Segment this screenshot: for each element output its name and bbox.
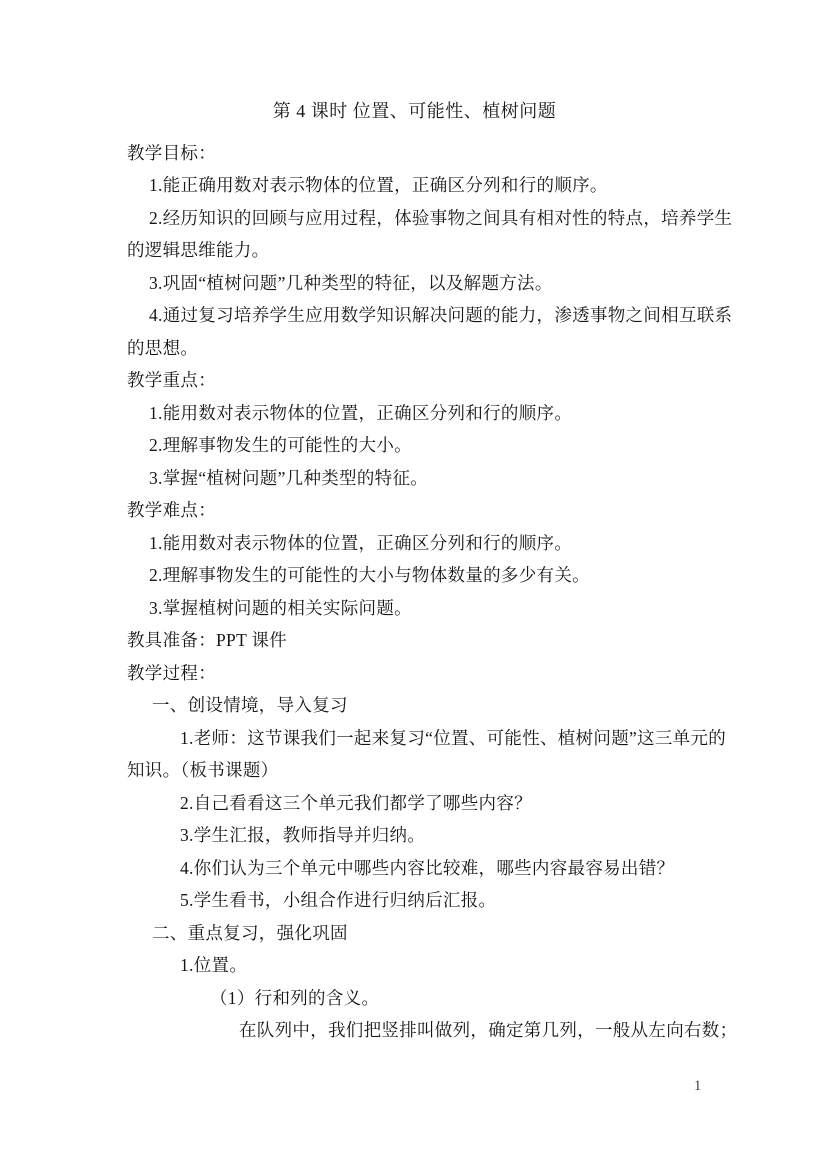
text-line: 的思想。 [127, 332, 704, 365]
text-line: （1）行和列的含义。 [210, 982, 704, 1015]
text-line: 2.自己看看这三个单元我们都学了哪些内容？ [180, 787, 704, 820]
text-line: 教学目标： [127, 137, 704, 170]
document-title: 第 4 课时 位置、可能性、植树问题 [127, 95, 702, 128]
text-line: 5.学生看书，小组合作进行归纳后汇报。 [180, 884, 704, 917]
text-line: 教学难点： [127, 494, 704, 527]
text-line: 教学过程： [127, 657, 704, 690]
text-line: 教具准备：PPT 课件 [127, 624, 704, 657]
text-line: 1.老师：这节课我们一起来复习“位置、可能性、植树问题”这三单元的 [180, 722, 704, 755]
text-line: 2.理解事物发生的可能性的大小与物体数量的多少有关。 [149, 559, 704, 592]
page-number: 1 [694, 1076, 701, 1096]
text-line: 4.你们认为三个单元中哪些内容比较难，哪些内容最容易出错？ [180, 852, 704, 885]
text-line: 3.巩固“植树问题”几种类型的特征，以及解题方法。 [149, 267, 704, 300]
text-line: 知识。（板书课题） [127, 754, 704, 787]
text-line: 1.能正确用数对表示物体的位置，正确区分列和行的顺序。 [149, 169, 704, 202]
text-line: 2.理解事物发生的可能性的大小。 [149, 429, 704, 462]
text-line: 1.能用数对表示物体的位置，正确区分列和行的顺序。 [149, 397, 704, 430]
text-line: 的逻辑思维能力。 [127, 234, 704, 267]
text-line: 1.能用数对表示物体的位置，正确区分列和行的顺序。 [149, 527, 704, 560]
text-line: 一、创设情境，导入复习 [152, 689, 704, 722]
text-line: 3.掌握植树问题的相关实际问题。 [149, 592, 704, 625]
document-body: 教学目标：1.能正确用数对表示物体的位置，正确区分列和行的顺序。2.经历知识的回… [127, 137, 704, 1047]
text-line: 2.经历知识的回顾与应用过程，体验事物之间具有相对性的特点，培养学生 [149, 202, 704, 235]
text-line: 3.学生汇报，教师指导并归纳。 [180, 819, 704, 852]
text-line: 1.位置。 [180, 949, 704, 982]
text-line: 在队列中，我们把竖排叫做列，确定第几列，一般从左向右数； [239, 1014, 704, 1047]
document-page: 第 4 课时 位置、可能性、植树问题 教学目标：1.能正确用数对表示物体的位置，… [0, 0, 827, 1169]
text-line: 二、重点复习，强化巩固 [152, 917, 704, 950]
text-line: 4.通过复习培养学生应用数学知识解决问题的能力，渗透事物之间相互联系 [149, 299, 704, 332]
text-line: 3.掌握“植树问题”几种类型的特征。 [149, 462, 704, 495]
text-line: 教学重点： [127, 364, 704, 397]
